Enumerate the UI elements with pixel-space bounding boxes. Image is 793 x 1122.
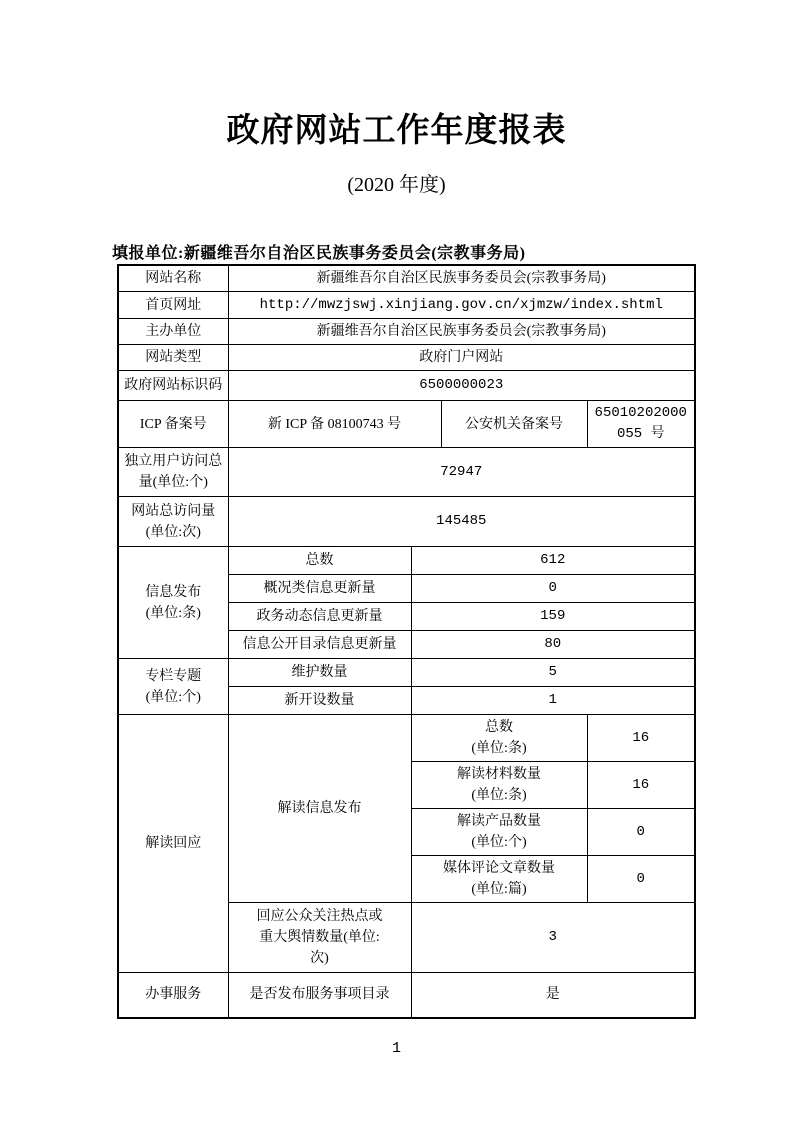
public-response-value: 3	[411, 903, 695, 973]
special-columns-group-label: 专栏专题 (单位:个)	[118, 659, 228, 715]
table-row: 网站类型 政府门户网站	[118, 345, 695, 371]
new-count-value: 1	[411, 687, 695, 715]
police-record-label: 公安机关备案号	[441, 401, 587, 448]
interp-total-value: 16	[587, 715, 695, 762]
police-record-value: 65010202000055 号	[587, 401, 695, 448]
table-row: 专栏专题 (单位:个) 维护数量 5	[118, 659, 695, 687]
interpretation-group-label: 解读回应	[118, 715, 228, 973]
maintained-count-value: 5	[411, 659, 695, 687]
table-row: 网站总访问量 (单位:次) 145485	[118, 497, 695, 547]
page-number: 1	[0, 1040, 793, 1057]
site-id-label: 政府网站标识码	[118, 371, 228, 401]
homepage-url-label: 首页网址	[118, 292, 228, 319]
report-unit-line: 填报单位:新疆维吾尔自治区民族事务委员会(宗教事务局)	[112, 240, 526, 263]
table-row: 解读回应 解读信息发布 总数 (单位:条) 16	[118, 715, 695, 762]
overview-update-label: 概况类信息更新量	[228, 575, 411, 603]
info-total-value: 612	[411, 547, 695, 575]
homepage-url-value: http://mwzjswj.xinjiang.gov.cn/xjmzw/ind…	[228, 292, 695, 319]
overview-update-value: 0	[411, 575, 695, 603]
maintained-count-label: 维护数量	[228, 659, 411, 687]
interp-material-label: 解读材料数量 (单位:条)	[411, 762, 587, 809]
icp-label: ICP 备案号	[118, 401, 228, 448]
site-type-label: 网站类型	[118, 345, 228, 371]
service-directory-label: 是否发布服务事项目录	[228, 973, 411, 1018]
media-comment-value: 0	[587, 856, 695, 903]
icp-value: 新 ICP 备 08100743 号	[228, 401, 441, 448]
unique-visitors-value: 72947	[228, 448, 695, 497]
site-type-value: 政府门户网站	[228, 345, 695, 371]
interp-material-value: 16	[587, 762, 695, 809]
site-name-label: 网站名称	[118, 265, 228, 292]
table-row: ICP 备案号 新 ICP 备 08100743 号 公安机关备案号 65010…	[118, 401, 695, 448]
info-total-label: 总数	[228, 547, 411, 575]
info-publish-group-label: 信息发布 (单位:条)	[118, 547, 228, 659]
interp-product-label: 解读产品数量 (单位:个)	[411, 809, 587, 856]
table-row: 信息发布 (单位:条) 总数 612	[118, 547, 695, 575]
page-subtitle: (2020 年度)	[0, 168, 793, 197]
open-directory-update-label: 信息公开目录信息更新量	[228, 631, 411, 659]
service-directory-value: 是	[411, 973, 695, 1018]
interp-product-value: 0	[587, 809, 695, 856]
page-title: 政府网站工作年度报表	[0, 104, 793, 151]
new-count-label: 新开设数量	[228, 687, 411, 715]
table-row: 政府网站标识码 6500000023	[118, 371, 695, 401]
unique-visitors-label: 独立用户访问总 量(单位:个)	[118, 448, 228, 497]
gov-news-update-value: 159	[411, 603, 695, 631]
table-row: 网站名称 新疆维吾尔自治区民族事务委员会(宗教事务局)	[118, 265, 695, 292]
open-directory-update-value: 80	[411, 631, 695, 659]
media-comment-label: 媒体评论文章数量 (单位:篇)	[411, 856, 587, 903]
annual-report-table: 网站名称 新疆维吾尔自治区民族事务委员会(宗教事务局) 首页网址 http://…	[117, 264, 696, 1019]
total-visits-label: 网站总访问量 (单位:次)	[118, 497, 228, 547]
table-row: 主办单位 新疆维吾尔自治区民族事务委员会(宗教事务局)	[118, 319, 695, 345]
interp-total-label: 总数 (单位:条)	[411, 715, 587, 762]
site-id-value: 6500000023	[228, 371, 695, 401]
total-visits-value: 145485	[228, 497, 695, 547]
organizer-label: 主办单位	[118, 319, 228, 345]
interpretation-publish-label: 解读信息发布	[228, 715, 411, 903]
table-row: 办事服务 是否发布服务事项目录 是	[118, 973, 695, 1018]
organizer-value: 新疆维吾尔自治区民族事务委员会(宗教事务局)	[228, 319, 695, 345]
table-row: 首页网址 http://mwzjswj.xinjiang.gov.cn/xjmz…	[118, 292, 695, 319]
public-response-label: 回应公众关注热点或 重大舆情数量(单位: 次)	[228, 903, 411, 973]
table-row: 独立用户访问总 量(单位:个) 72947	[118, 448, 695, 497]
gov-news-update-label: 政务动态信息更新量	[228, 603, 411, 631]
report-page: 政府网站工作年度报表 (2020 年度) 填报单位:新疆维吾尔自治区民族事务委员…	[0, 0, 793, 1122]
services-group-label: 办事服务	[118, 973, 228, 1018]
site-name-value: 新疆维吾尔自治区民族事务委员会(宗教事务局)	[228, 265, 695, 292]
